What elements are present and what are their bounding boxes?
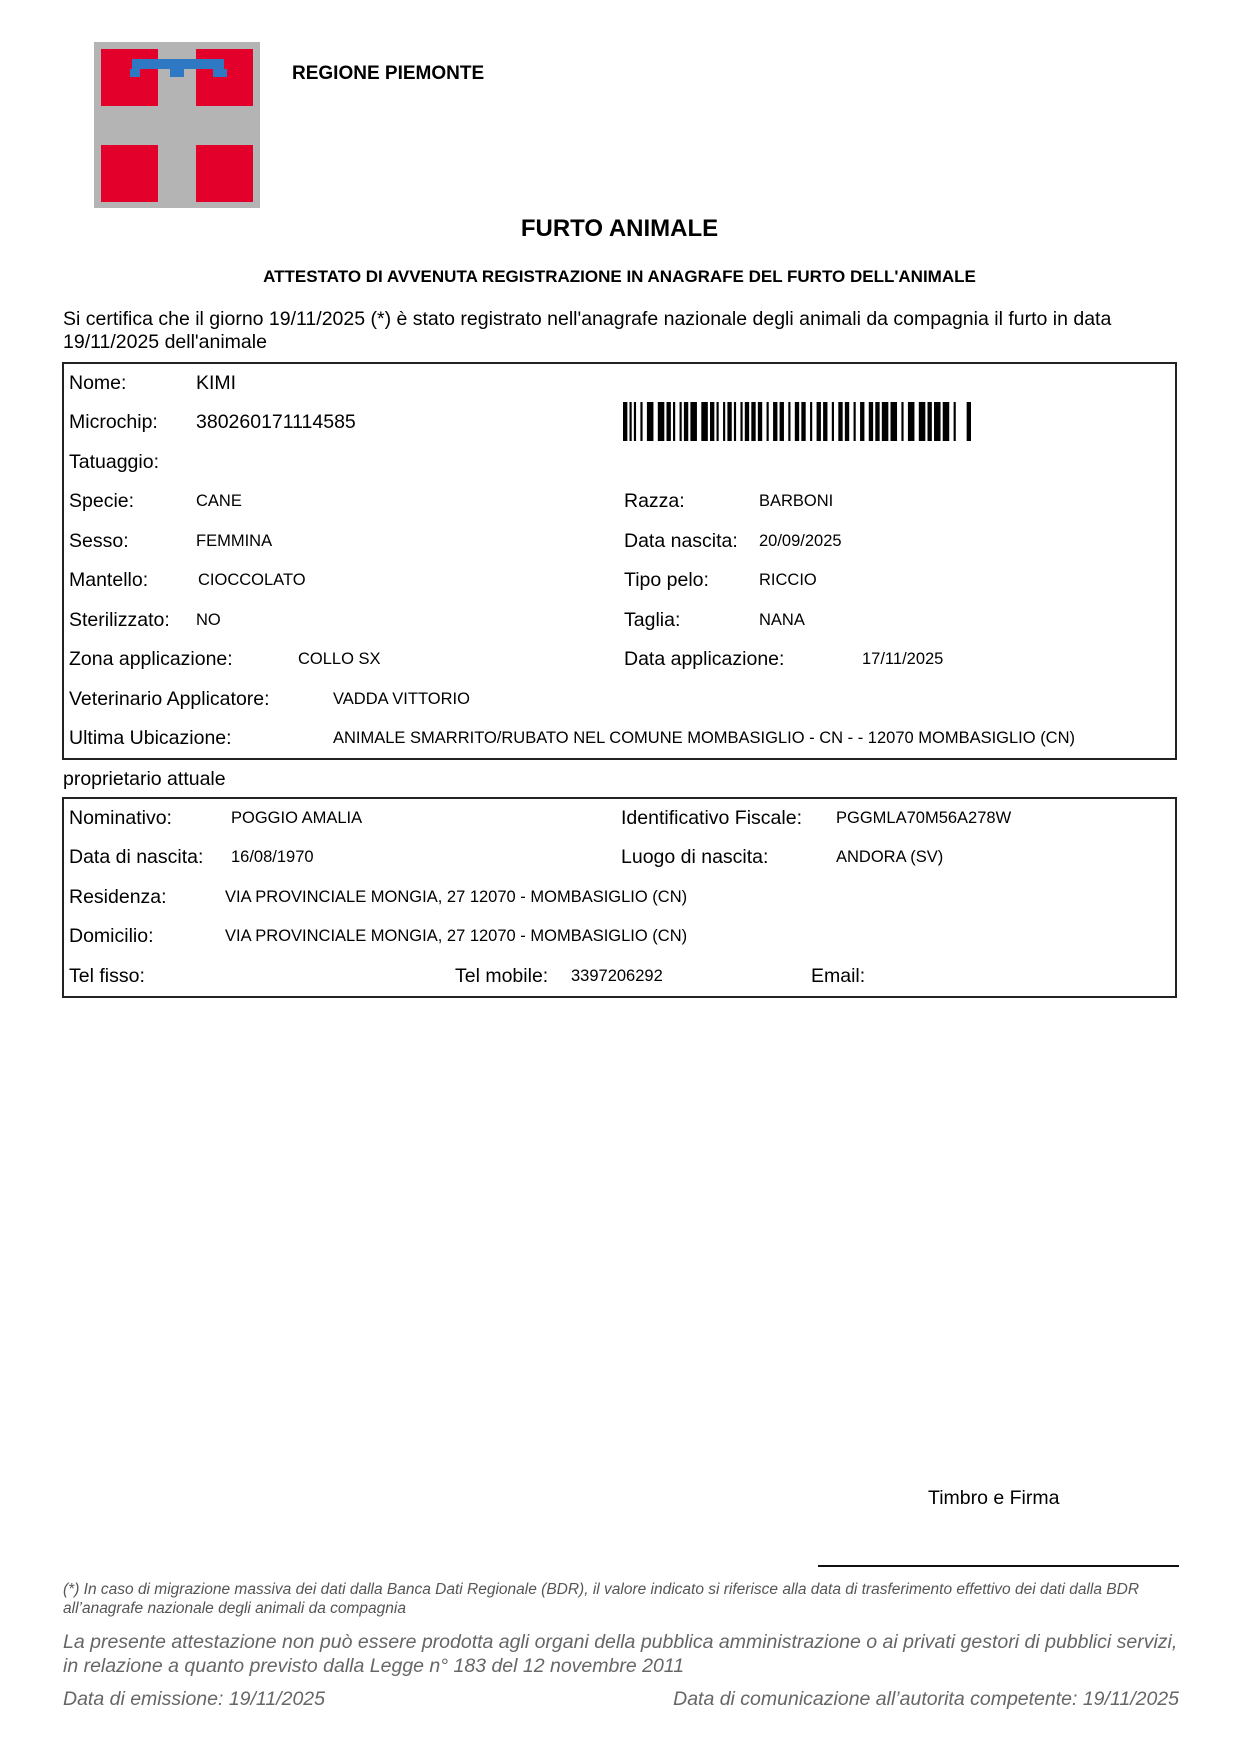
mantello-value: CIOCCOLATO bbox=[198, 571, 306, 590]
sterilizzato-value: NO bbox=[196, 611, 221, 630]
nominativo-value: POGGIO AMALIA bbox=[231, 809, 362, 828]
owner-data-nascita-value: 16/08/1970 bbox=[231, 848, 314, 867]
document-subtitle: ATTESTATO DI AVVENUTA REGISTRAZIONE IN A… bbox=[0, 267, 1239, 287]
taglia-label: Taglia: bbox=[624, 609, 680, 632]
document-title: FURTO ANIMALE bbox=[0, 215, 1239, 243]
logo-red-square bbox=[101, 145, 158, 202]
luogo-nascita-label: Luogo di nascita: bbox=[621, 846, 768, 869]
logo-label-tab bbox=[213, 69, 227, 77]
nome-value: KIMI bbox=[196, 372, 236, 395]
ubicazione-label: Ultima Ubicazione: bbox=[69, 727, 232, 750]
email-label: Email: bbox=[811, 965, 865, 988]
mantello-label: Mantello: bbox=[69, 569, 148, 592]
taglia-value: NANA bbox=[759, 611, 805, 630]
domicilio-value: VIA PROVINCIALE MONGIA, 27 12070 - MOMBA… bbox=[225, 927, 687, 946]
logo-red-square bbox=[101, 49, 158, 106]
tatuaggio-label: Tatuaggio: bbox=[69, 451, 159, 474]
microchip-label: Microchip: bbox=[69, 411, 158, 434]
specie-label: Specie: bbox=[69, 490, 134, 513]
logo-red-square bbox=[196, 145, 253, 202]
data-nascita-label: Data nascita: bbox=[624, 530, 738, 553]
signature-label: Timbro e Firma bbox=[928, 1487, 1059, 1510]
ubicazione-value: ANIMALE SMARRITO/RUBATO NEL COMUNE MOMBA… bbox=[333, 729, 1075, 748]
data-applicazione-value: 17/11/2025 bbox=[862, 650, 943, 669]
data-applicazione-label: Data applicazione: bbox=[624, 648, 784, 671]
issue-date: Data di emissione: 19/11/2025 bbox=[63, 1688, 325, 1711]
owner-section-label: proprietario attuale bbox=[63, 768, 226, 791]
tipo-pelo-value: RICCIO bbox=[759, 571, 817, 590]
razza-label: Razza: bbox=[624, 490, 685, 513]
veterinario-value: VADDA VITTORIO bbox=[333, 690, 470, 709]
data-nascita-value: 20/09/2025 bbox=[759, 532, 842, 551]
regione-piemonte-logo bbox=[94, 42, 260, 208]
signature-line bbox=[818, 1565, 1179, 1567]
legal-disclaimer: La presente attestazione non può essere … bbox=[63, 1630, 1183, 1678]
logo-label-tab bbox=[170, 69, 184, 77]
logo-label-bar bbox=[132, 59, 224, 69]
region-name: REGIONE PIEMONTE bbox=[292, 63, 484, 85]
codice-fiscale-label: Identificativo Fiscale: bbox=[621, 807, 802, 830]
nome-label: Nome: bbox=[69, 372, 126, 395]
microchip-barcode bbox=[623, 402, 971, 441]
zona-applicazione-label: Zona applicazione: bbox=[69, 648, 233, 671]
sterilizzato-label: Sterilizzato: bbox=[69, 609, 170, 632]
nominativo-label: Nominativo: bbox=[69, 807, 172, 830]
communication-date: Data di comunicazione all’autorita compe… bbox=[673, 1688, 1179, 1711]
tel-fisso-label: Tel fisso: bbox=[69, 965, 145, 988]
razza-value: BARBONI bbox=[759, 492, 833, 511]
tel-mobile-value: 3397206292 bbox=[571, 967, 663, 986]
residenza-label: Residenza: bbox=[69, 886, 167, 909]
domicilio-label: Domicilio: bbox=[69, 925, 154, 948]
certification-intro: Si certifica che il giorno 19/11/2025 (*… bbox=[63, 308, 1183, 354]
microchip-value: 380260171114585 bbox=[196, 411, 356, 434]
zona-applicazione-value: COLLO SX bbox=[298, 650, 381, 669]
migration-note: (*) In caso di migrazione massiva dei da… bbox=[63, 1580, 1183, 1618]
logo-red-square bbox=[196, 49, 253, 106]
luogo-nascita-value: ANDORA (SV) bbox=[836, 848, 943, 867]
specie-value: CANE bbox=[196, 492, 242, 511]
owner-data-nascita-label: Data di nascita: bbox=[69, 846, 203, 869]
tipo-pelo-label: Tipo pelo: bbox=[624, 569, 709, 592]
sesso-label: Sesso: bbox=[69, 530, 129, 553]
tel-mobile-label: Tel mobile: bbox=[455, 965, 548, 988]
residenza-value: VIA PROVINCIALE MONGIA, 27 12070 - MOMBA… bbox=[225, 888, 687, 907]
logo-label-tab bbox=[130, 69, 140, 77]
veterinario-label: Veterinario Applicatore: bbox=[69, 688, 270, 711]
sesso-value: FEMMINA bbox=[196, 532, 272, 551]
codice-fiscale-value: PGGMLA70M56A278W bbox=[836, 809, 1011, 828]
